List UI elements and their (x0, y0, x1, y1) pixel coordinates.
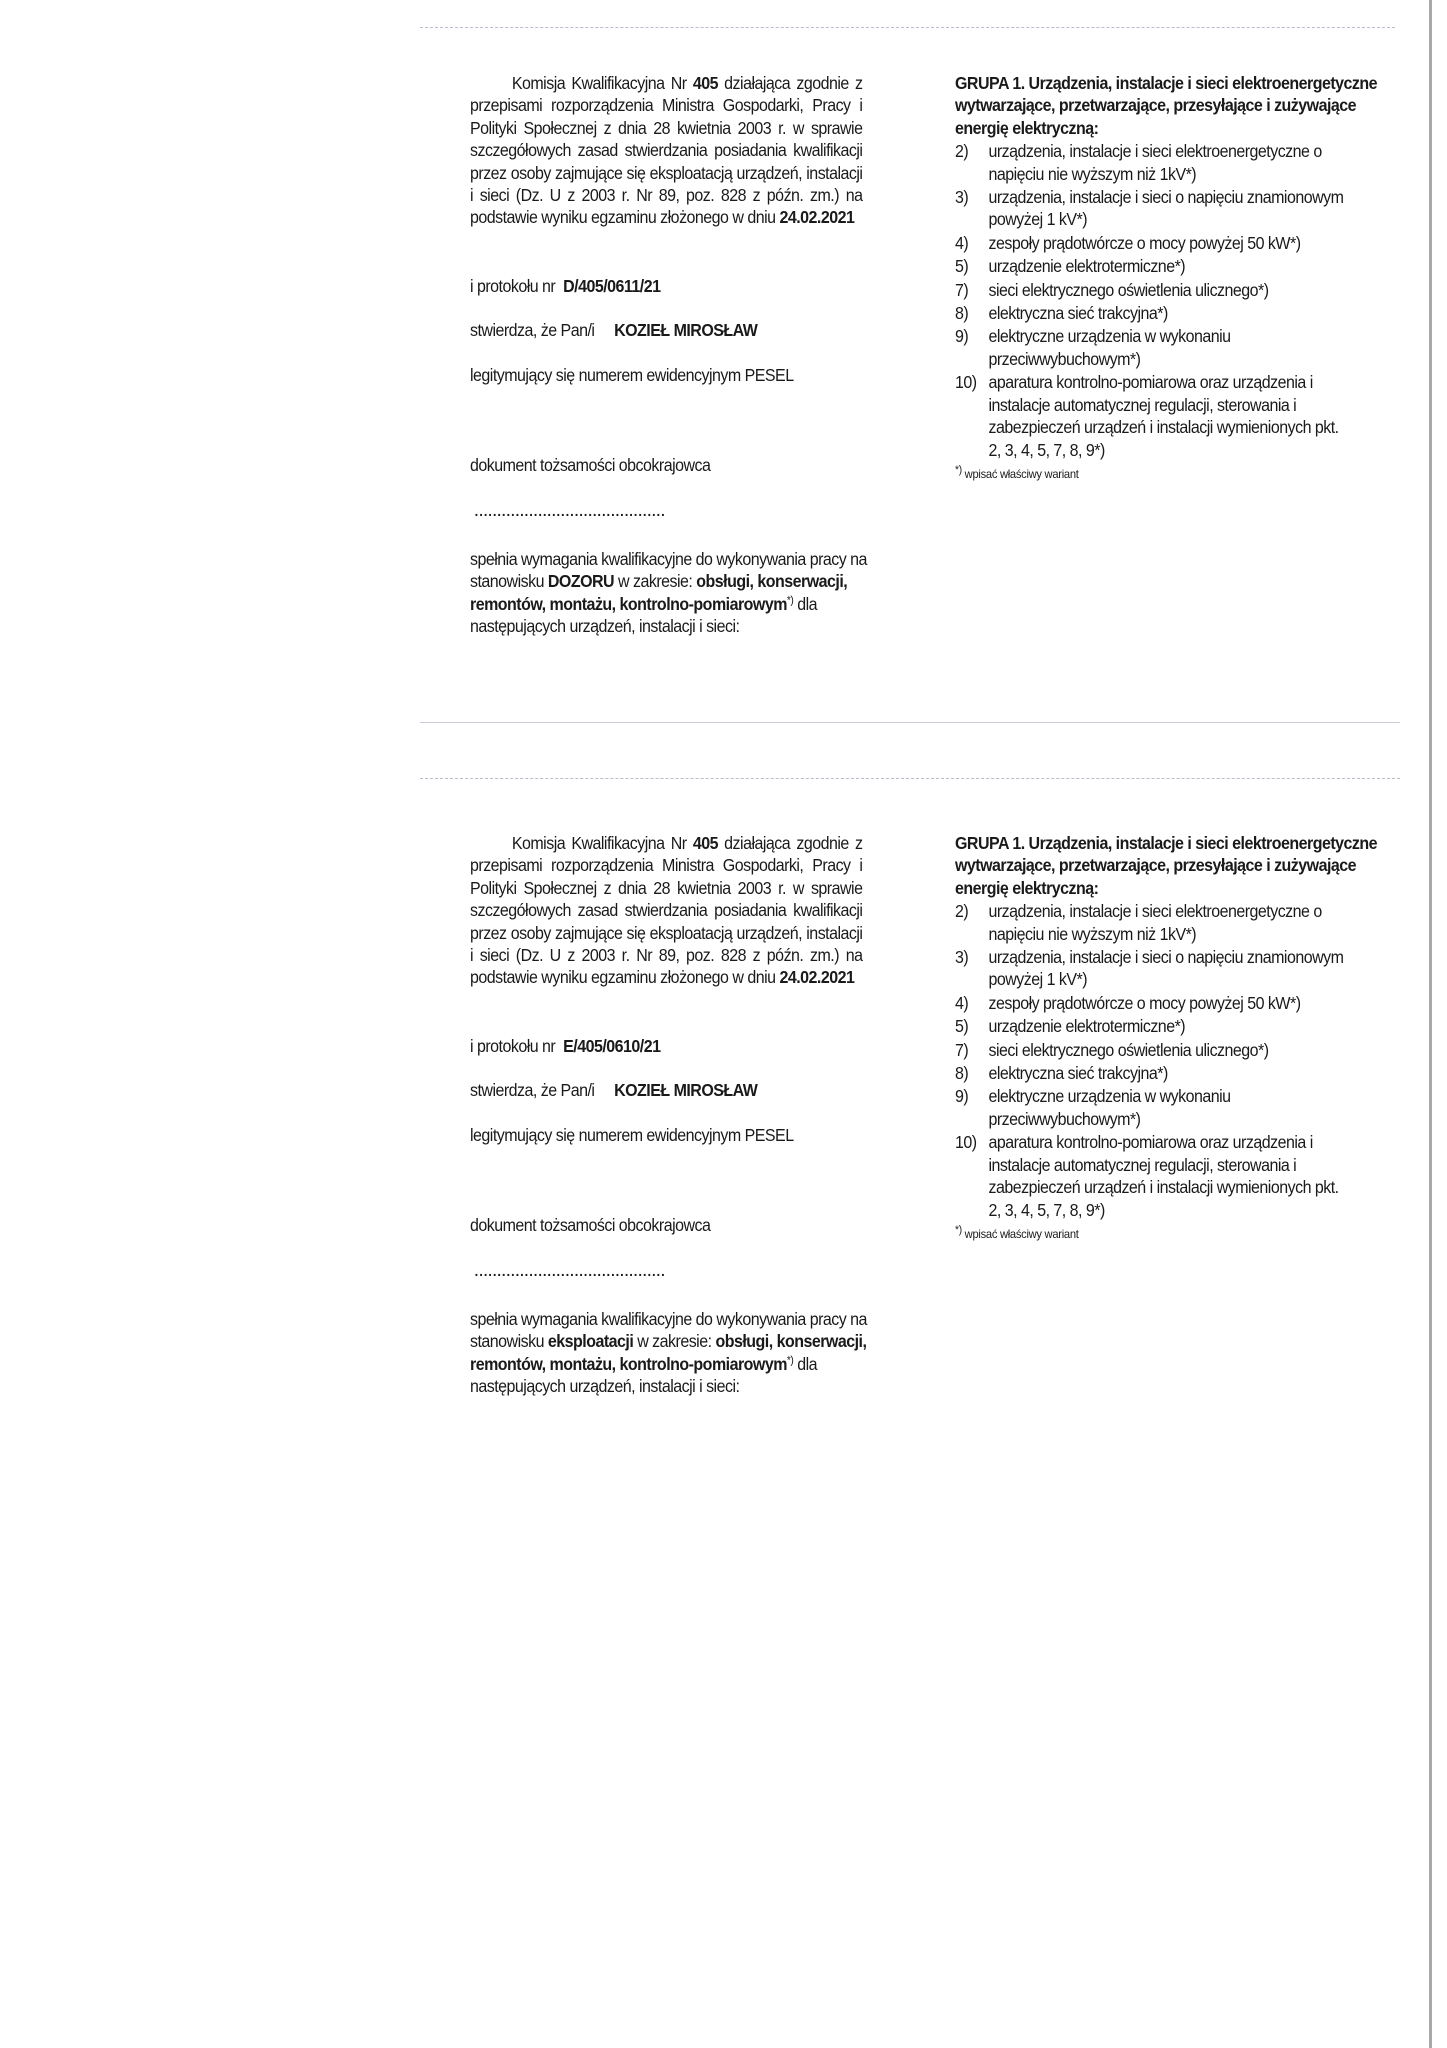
list-item: 3)urządzenia, instalacje i sieci o napię… (955, 186, 1346, 231)
list-item: 8)elektryczna sieć trakcyjna*) (955, 1062, 1346, 1084)
item-number: 10) (955, 1131, 988, 1221)
item-number: 7) (955, 1039, 988, 1061)
item-text: elektryczna sieć trakcyjna*) (988, 302, 1345, 324)
item-text: urządzenie elektrotermiczne*) (988, 255, 1345, 277)
requirements-paragraph: spełnia wymagania kwalifikacyjne do wyko… (470, 1308, 870, 1398)
item-number: 4) (955, 232, 988, 254)
list-item: 8)elektryczna sieć trakcyjna*) (955, 302, 1346, 324)
person-name: KOZIEŁ MIROSŁAW (614, 320, 757, 340)
item-text: sieci elektrycznego oświetlenia uliczneg… (988, 279, 1345, 301)
certificate-section-1: Komisja Kwalifikacyjna Nr 405 działająca… (0, 0, 1447, 720)
position-name: DOZORU (548, 571, 614, 591)
list-item: 5)urządzenie elektrotermiczne*) (955, 1015, 1346, 1037)
list-item: 4)zespoły prądotwórcze o mocy powyżej 50… (955, 992, 1346, 1014)
list-item: 7)sieci elektrycznego oświetlenia uliczn… (955, 1039, 1346, 1061)
item-text: urządzenie elektrotermiczne*) (988, 1015, 1345, 1037)
position-name: eksploatacji (548, 1331, 633, 1351)
item-number: 3) (955, 946, 988, 991)
certificate-right-column: GRUPA 1. Urządzenia, instalacje i sieci … (955, 832, 1346, 1245)
item-number: 10) (955, 371, 988, 461)
item-text: aparatura kontrolno-pomiarowa oraz urząd… (988, 1131, 1345, 1221)
item-number: 5) (955, 255, 988, 277)
exam-date: 24.02.2021 (779, 207, 854, 227)
item-text: elektryczne urządzenia w wykonaniu przec… (988, 325, 1345, 370)
list-item: 3)urządzenia, instalacje i sieci o napię… (955, 946, 1346, 991)
footnote: *) wpisać właściwy wariant (955, 1223, 1346, 1245)
item-text: sieci elektrycznego oświetlenia uliczneg… (988, 1039, 1345, 1061)
list-item: 5)urządzenie elektrotermiczne*) (955, 255, 1346, 277)
group-heading: GRUPA 1. Urządzenia, instalacje i sieci … (955, 832, 1383, 899)
certifies-line: stwierdza, że Pan/i KOZIEŁ MIROSŁAW (470, 319, 757, 341)
item-number: 9) (955, 1085, 988, 1130)
item-number: 5) (955, 1015, 988, 1037)
protocol-line: i protokołu nr D/405/0611/21 (470, 275, 660, 297)
blank-field-dots: ........................................… (475, 1260, 666, 1282)
list-item: 4)zespoły prądotwórcze o mocy powyżej 50… (955, 232, 1346, 254)
separator-rule-lower (420, 778, 1400, 779)
item-number: 2) (955, 900, 988, 945)
protocol-number: D/405/0611/21 (563, 276, 660, 296)
protocol-line: i protokołu nr E/405/0610/21 (470, 1035, 660, 1057)
footnote: *) wpisać właściwy wariant (955, 463, 1346, 485)
group-heading: GRUPA 1. Urządzenia, instalacje i sieci … (955, 72, 1383, 139)
item-text: elektryczne urządzenia w wykonaniu przec… (988, 1085, 1345, 1130)
list-item: 2)urządzenia, instalacje i sieci elektro… (955, 140, 1346, 185)
list-item: 10)aparatura kontrolno-pomiarowa oraz ur… (955, 371, 1346, 461)
intro-paragraph: Komisja Kwalifikacyjna Nr 405 działająca… (470, 72, 862, 229)
item-number: 2) (955, 140, 988, 185)
item-number: 8) (955, 302, 988, 324)
item-text: urządzenia, instalacje i sieci o napięci… (988, 946, 1345, 991)
intro-paragraph: Komisja Kwalifikacyjna Nr 405 działająca… (470, 832, 862, 989)
commission-number: 405 (693, 833, 718, 853)
item-text: aparatura kontrolno-pomiarowa oraz urząd… (988, 371, 1345, 461)
certificate-left-column: Komisja Kwalifikacyjna Nr 405 działająca… (470, 72, 835, 229)
separator-rule-upper (420, 722, 1400, 723)
item-text: urządzenia, instalacje i sieci o napięci… (988, 186, 1345, 231)
item-number: 4) (955, 992, 988, 1014)
item-number: 9) (955, 325, 988, 370)
foreign-document-line: dokument tożsamości obcokrajowca (470, 1214, 710, 1236)
list-item: 10)aparatura kontrolno-pomiarowa oraz ur… (955, 1131, 1346, 1221)
certificate-section-2: Komisja Kwalifikacyjna Nr 405 działająca… (0, 790, 1447, 1510)
device-list: 2)urządzenia, instalacje i sieci elektro… (955, 900, 1346, 1221)
certificate-right-column: GRUPA 1. Urządzenia, instalacje i sieci … (955, 72, 1346, 485)
commission-number: 405 (693, 73, 718, 93)
item-number: 7) (955, 279, 988, 301)
blank-field-dots: ........................................… (475, 500, 666, 522)
list-item: 2)urządzenia, instalacje i sieci elektro… (955, 900, 1346, 945)
exam-date: 24.02.2021 (779, 967, 854, 987)
id-line: legitymujący się numerem ewidencyjnym PE… (470, 364, 794, 386)
list-item: 9)elektryczne urządzenia w wykonaniu prz… (955, 1085, 1346, 1130)
item-text: urządzenia, instalacje i sieci elektroen… (988, 140, 1345, 185)
protocol-number: E/405/0610/21 (563, 1036, 660, 1056)
item-text: urządzenia, instalacje i sieci elektroen… (988, 900, 1345, 945)
id-line: legitymujący się numerem ewidencyjnym PE… (470, 1124, 794, 1146)
certificate-left-column: Komisja Kwalifikacyjna Nr 405 działająca… (470, 832, 835, 989)
item-text: zespoły prądotwórcze o mocy powyżej 50 k… (988, 232, 1345, 254)
person-name: KOZIEŁ MIROSŁAW (614, 1080, 757, 1100)
requirements-paragraph: spełnia wymagania kwalifikacyjne do wyko… (470, 548, 870, 638)
list-item: 9)elektryczne urządzenia w wykonaniu prz… (955, 325, 1346, 370)
item-text: elektryczna sieć trakcyjna*) (988, 1062, 1345, 1084)
item-number: 3) (955, 186, 988, 231)
device-list: 2)urządzenia, instalacje i sieci elektro… (955, 140, 1346, 461)
certifies-line: stwierdza, że Pan/i KOZIEŁ MIROSŁAW (470, 1079, 757, 1101)
foreign-document-line: dokument tożsamości obcokrajowca (470, 454, 710, 476)
item-number: 8) (955, 1062, 988, 1084)
list-item: 7)sieci elektrycznego oświetlenia uliczn… (955, 279, 1346, 301)
item-text: zespoły prądotwórcze o mocy powyżej 50 k… (988, 992, 1345, 1014)
